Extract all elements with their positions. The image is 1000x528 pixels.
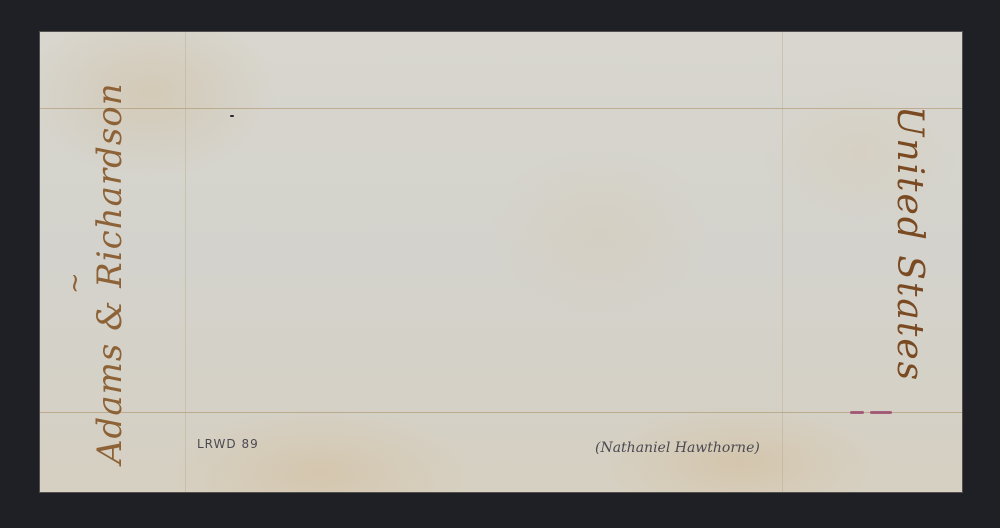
addressee-mark: ~ (60, 272, 90, 294)
red-ink-mark (870, 411, 892, 414)
author-attribution: (Nathaniel Hawthorne) (595, 440, 760, 456)
scan-background: ~ Adams & Richardson United States LRWD … (0, 0, 1000, 528)
country-text: United States (889, 106, 930, 382)
red-ink-mark (850, 411, 864, 414)
fold-line-bottom (40, 412, 962, 413)
fold-line-top (40, 108, 962, 109)
fold-line-left (185, 32, 186, 492)
ink-speck (230, 115, 234, 117)
letter-sheet: ~ Adams & Richardson United States LRWD … (40, 32, 962, 492)
catalog-number: LRWD 89 (197, 437, 259, 451)
fold-line-right (782, 32, 783, 492)
addressee-text: Adams & Richardson (90, 82, 130, 464)
